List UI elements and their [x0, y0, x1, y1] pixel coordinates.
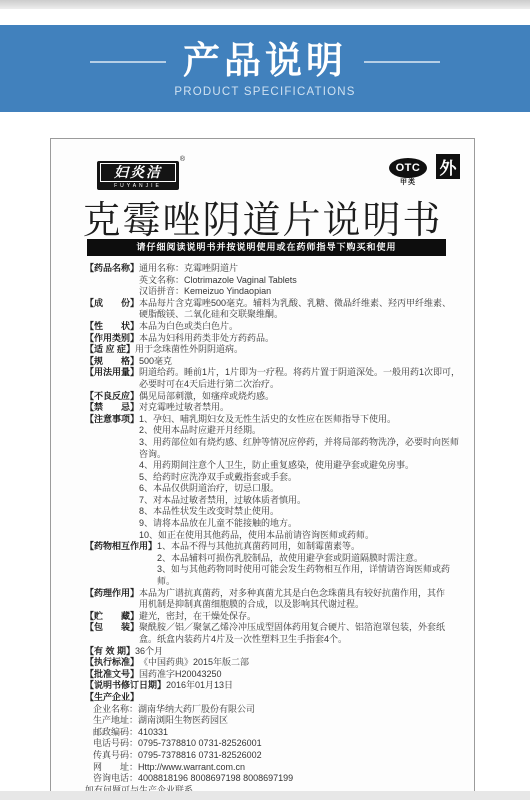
company-info: 企业名称：湖南华纳大药厂股份有限公司生产地址：湖南浏阳生物医药园区邮政编码：41…: [93, 704, 467, 785]
section-label: 【规 格】: [85, 356, 139, 368]
section-content: 1、本品不得与其他抗真菌药同用，如制霉菌素等。2、本品辅料可损伤乳胶制品，故使用…: [157, 541, 467, 587]
section-label: 【药品名称】: [85, 263, 139, 275]
leaflet-section: 【贮 藏】避光，密封，在干燥处保存。: [85, 611, 467, 623]
leaflet-section: 【性 状】本品为白色或类白色片。: [85, 321, 467, 333]
leaflet-section: 【有 效 期】36个月: [85, 646, 467, 658]
section-line: 2、本品辅料可损伤乳胶制品，故使用避孕套或阴道隔膜时需注意。: [157, 553, 467, 565]
leaflet-section: 【成 份】本品每片含克霉唑500毫克。辅料为乳酸、乳糖、微晶纤维素、羟丙甲纤维素…: [85, 298, 467, 321]
section-line: 对克霉唑过敏者禁用。: [139, 402, 467, 414]
brand-logo-box: 妇炎洁 FUYANJIE: [97, 161, 179, 190]
section-line: 本品每片含克霉唑500毫克。辅料为乳酸、乳糖、微晶纤维素、羟丙甲纤维素、: [139, 298, 467, 310]
section-label: 【生产企业】: [85, 692, 139, 704]
section-line: 3、用药部位如有烧灼感、红肿等情况应停药，并将局部药物洗净，必要时向医师咨询。: [139, 437, 467, 460]
company-line: 生产地址：湖南浏阳生物医药园区: [93, 715, 467, 727]
section-label: 【包 装】: [85, 622, 139, 634]
section-content: 通用名称：克霉唑阴道片英文名称：Clotrimazole Vaginal Tab…: [139, 263, 467, 298]
section-content: 本品为广谱抗真菌药，对多种真菌尤其是白色念珠菌具有较好抗菌作用，其作用机制是抑制…: [139, 588, 467, 611]
section-line: 本品为白色或类白色片。: [139, 321, 467, 333]
leaflet-section: 【用法用量】阴道给药。睡前1片，1片即为一疗程。将药片置于阴道深处。一般用药1次…: [85, 367, 467, 390]
section-line: 盒。纸盒内装药片4片及一次性塑料卫生手指套4个。: [139, 634, 467, 646]
notice-bar: 请仔细阅读说明书并按说明使用或在药师指导下购买和使用: [87, 239, 446, 256]
section-line: 6、本品仅供阴道治疗，切忌口服。: [139, 483, 467, 495]
company-line: 咨询电话：4008818196 8008697198 8008697199: [93, 773, 467, 785]
section-line: 2016年01月13日: [166, 680, 467, 692]
section-label: 【成 份】: [85, 298, 139, 310]
banner-title-row: 产品说明: [90, 41, 440, 82]
section-label: 【药理作用】: [85, 588, 139, 600]
section-line: 7、对本品过敏者禁用，过敏体质者慎用。: [139, 495, 467, 507]
section-line: 汉语拼音：Kemeizuo Yindaopian: [139, 286, 467, 298]
section-content: 1、孕妇、哺乳期妇女及无性生活史的女性应在医师指导下使用。2、使用本品时应避开月…: [139, 414, 467, 542]
section-line: 硬脂酸镁、二氧化硅和交联聚维酮。: [139, 309, 467, 321]
section-label: 【性 状】: [85, 321, 139, 333]
section-label: 【执行标准】: [85, 657, 139, 669]
section-label: 【说明书修订日期】: [85, 680, 166, 692]
brand-pinyin: FUYANJIE: [100, 182, 176, 189]
leaflet-section: 【禁 忌】对克霉唑过敏者禁用。: [85, 402, 467, 414]
leaflet-section: 【不良反应】偶见局部刺激，如瘙痒或烧灼感。: [85, 391, 467, 403]
section-line: 本品为广谱抗真菌药，对多种真菌尤其是白色念珠菌具有较好抗菌作用，其作: [139, 588, 467, 600]
leaflet-section: 【药品名称】通用名称：克霉唑阴道片英文名称：Clotrimazole Vagin…: [85, 263, 467, 298]
section-line: 10、如正在使用其他药品，使用本品前请咨询医师或药师。: [139, 530, 467, 542]
section-label: 【禁 忌】: [85, 402, 139, 414]
section-label: 【有 效 期】: [85, 646, 135, 658]
section-content: 避光，密封，在干燥处保存。: [139, 611, 467, 623]
section-label: 【注意事项】: [85, 414, 139, 426]
section-line: 3、如与其他药物同时使用可能会发生药物相互作用，详情请咨询医师或药师。: [157, 564, 467, 587]
otc-badge: OTC 甲类: [389, 158, 427, 187]
leaflet-section: 【作用类别】本品为妇科用药类非处方药药品。: [85, 333, 467, 345]
section-line: 用机制是抑制真菌细胞膜的合成，以及影响其代谢过程。: [139, 599, 467, 611]
section-line: 本品为妇科用药类非处方药药品。: [139, 333, 467, 345]
brand-logo: 妇炎洁 FUYANJIE ®: [97, 161, 179, 190]
section-label: 【不良反应】: [85, 391, 139, 403]
leaflet-section: 【执行标准】《中国药典》2015年版二部: [85, 657, 467, 669]
section-content: 本品为妇科用药类非处方药药品。: [139, 333, 467, 345]
section-label: 【药物相互作用】: [85, 541, 157, 553]
section-line: 4、用药期间注意个人卫生，防止重复感染，使用避孕套或避免房事。: [139, 460, 467, 472]
section-line: 国药准字H20043250: [139, 669, 467, 681]
company-line: 企业名称：湖南华纳大药厂股份有限公司: [93, 704, 467, 716]
section-label: 【批准文号】: [85, 669, 139, 681]
section-line: 聚酰胺／铝／聚氯乙烯冷冲压成型固体药用复合硬片、铝箔泡罩包装，外套纸: [139, 622, 467, 634]
brand-name: 妇炎洁: [100, 163, 176, 182]
leaflet-title: 克霉唑阴道片说明书: [51, 189, 474, 244]
section-content: 用于念珠菌性外阴阴道病。: [135, 344, 467, 356]
leaflet-section: 【批准文号】国药准字H20043250: [85, 669, 467, 681]
section-content: 聚酰胺／铝／聚氯乙烯冷冲压成型固体药用复合硬片、铝箔泡罩包装，外套纸盒。纸盒内装…: [139, 622, 467, 645]
registered-trademark-icon: ®: [180, 156, 185, 163]
section-line: 1、孕妇、哺乳期妇女及无性生活史的女性应在医师指导下使用。: [139, 414, 467, 426]
leaflet-body: 【药品名称】通用名称：克霉唑阴道片英文名称：Clotrimazole Vagin…: [85, 263, 467, 796]
section-banner: 产品说明 PRODUCT SPECIFICATIONS: [0, 25, 530, 112]
external-use-badge: 外: [436, 154, 460, 179]
leaflet-section: 【药理作用】本品为广谱抗真菌药，对多种真菌尤其是白色念珠菌具有较好抗菌作用，其作…: [85, 588, 467, 611]
section-line: 避光，密封，在干燥处保存。: [139, 611, 467, 623]
badges: OTC 甲类 外: [389, 154, 460, 187]
section-label: 【贮 藏】: [85, 611, 139, 623]
company-line: 传真号码：0795-7378816 0731-82526002: [93, 750, 467, 762]
section-line: 1、本品不得与其他抗真菌药同用，如制霉菌素等。: [157, 541, 467, 553]
banner-subtitle: PRODUCT SPECIFICATIONS: [174, 86, 355, 98]
section-line: 必要时可在4天后进行第二次治疗。: [139, 379, 467, 391]
section-content: 国药准字H20043250: [139, 669, 467, 681]
company-line: 网 址：Http://www.warrant.com.cn: [93, 762, 467, 774]
otc-class-label: 甲类: [389, 179, 427, 187]
banner-title: 产品说明: [183, 41, 347, 82]
top-photo-edge: [0, 0, 530, 9]
section-line: 阴道给药。睡前1片，1片即为一疗程。将药片置于阴道深处。一般用药1次即可，: [139, 367, 467, 379]
section-content: 阴道给药。睡前1片，1片即为一疗程。将药片置于阴道深处。一般用药1次即可，必要时…: [139, 367, 467, 390]
leaflet-section: 【说明书修订日期】2016年01月13日: [85, 680, 467, 692]
leaflet-sections: 【药品名称】通用名称：克霉唑阴道片英文名称：Clotrimazole Vagin…: [85, 263, 467, 704]
section-line: 36个月: [135, 646, 467, 658]
leaflet-section: 【适 应 症】用于念珠菌性外阴阴道病。: [85, 344, 467, 356]
section-line: 英文名称：Clotrimazole Vaginal Tablets: [139, 275, 467, 287]
section-line: 通用名称：克霉唑阴道片: [139, 263, 467, 275]
page: 产品说明 PRODUCT SPECIFICATIONS 妇炎洁 FUYANJIE…: [0, 0, 530, 800]
section-content: 偶见局部刺激，如瘙痒或烧灼感。: [139, 391, 467, 403]
leaflet-section: 【包 装】聚酰胺／铝／聚氯乙烯冷冲压成型固体药用复合硬片、铝箔泡罩包装，外套纸盒…: [85, 622, 467, 645]
section-label: 【用法用量】: [85, 367, 139, 379]
leaflet-section: 【药物相互作用】1、本品不得与其他抗真菌药同用，如制霉菌素等。2、本品辅料可损伤…: [85, 541, 467, 587]
company-line: 邮政编码：410331: [93, 727, 467, 739]
section-line: 500毫克: [139, 356, 467, 368]
leaflet-section: 【注意事项】1、孕妇、哺乳期妇女及无性生活史的女性应在医师指导下使用。2、使用本…: [85, 414, 467, 542]
company-line: 电话号码：0795-7378810 0731-82526001: [93, 738, 467, 750]
section-line: 偶见局部刺激，如瘙痒或烧灼感。: [139, 391, 467, 403]
section-content: 36个月: [135, 646, 467, 658]
section-line: 用于念珠菌性外阴阴道病。: [135, 344, 467, 356]
section-line: 9、请将本品放在儿童不能接触的地方。: [139, 518, 467, 530]
leaflet-section: 【规 格】500毫克: [85, 356, 467, 368]
leaflet-section: 【生产企业】: [85, 692, 467, 704]
section-content: 2016年01月13日: [166, 680, 467, 692]
section-line: 2、使用本品时应避开月经期。: [139, 425, 467, 437]
banner-right-line: [364, 61, 440, 63]
section-line: 《中国药典》2015年版二部: [139, 657, 467, 669]
section-line: 5、给药时应洗净双手或戴指套或手套。: [139, 472, 467, 484]
otc-oval-icon: OTC: [389, 158, 427, 178]
leaflet-document: 妇炎洁 FUYANJIE ® OTC 甲类 外 克霉唑阴道片说明书 请仔细阅读说…: [50, 138, 475, 792]
section-content: 500毫克: [139, 356, 467, 368]
section-label: 【适 应 症】: [85, 344, 135, 356]
banner-left-line: [90, 61, 166, 63]
section-line: 8、本品性状发生改变时禁止使用。: [139, 506, 467, 518]
bottom-photo-edge: [0, 791, 530, 800]
section-content: 《中国药典》2015年版二部: [139, 657, 467, 669]
section-label: 【作用类别】: [85, 333, 139, 345]
section-content: 本品每片含克霉唑500毫克。辅料为乳酸、乳糖、微晶纤维素、羟丙甲纤维素、硬脂酸镁…: [139, 298, 467, 321]
section-content: 本品为白色或类白色片。: [139, 321, 467, 333]
section-content: 对克霉唑过敏者禁用。: [139, 402, 467, 414]
